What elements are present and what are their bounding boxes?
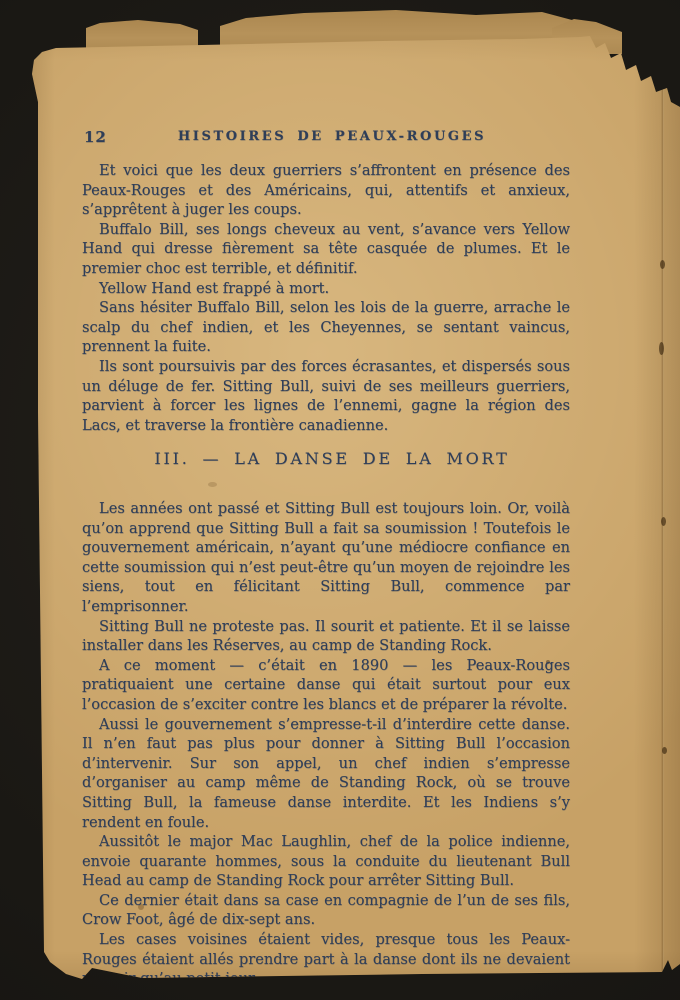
spine-crease: [661, 82, 664, 982]
paragraph: Sans hésiter Buffalo Bill, selon les loi…: [82, 298, 570, 357]
paragraph: Ce dernier était dans sa case en compagn…: [82, 891, 570, 930]
paragraph: Yellow Hand est frappé à mort.: [82, 279, 570, 299]
paragraph: A ce moment — c’était en 1890 — les Peau…: [82, 656, 570, 715]
paragraph: Aussi le gouvernement s’empresse-t-il d’…: [82, 715, 570, 833]
paragraph: Les années ont passé et Sitting Bull est…: [82, 499, 570, 617]
paragraph: Ils sont poursuivis par des forces écras…: [82, 357, 570, 435]
text-block-after-heading: Les années ont passé et Sitting Bull est…: [82, 499, 570, 989]
page-header: 12 HISTOIRES DE PEAUX-ROUGES: [82, 128, 582, 148]
stitch-hole: [661, 517, 666, 526]
paragraph: Buffalo Bill, ses longs cheveux au vent,…: [82, 220, 570, 279]
stitch-hole: [660, 260, 665, 269]
text-block-before-heading: Et voici que les deux guerriers s’affron…: [82, 161, 570, 435]
stitch-hole: [662, 747, 667, 754]
section-heading: III. — LA DANSE DE LA MORT: [62, 449, 602, 468]
paragraph: Et voici que les deux guerriers s’affron…: [82, 161, 570, 220]
paragraph: Sitting Bull ne proteste pas. Il sourit …: [82, 617, 570, 656]
paper-blemish: [208, 482, 217, 487]
stitch-hole: [659, 342, 664, 355]
photo-background: 12 HISTOIRES DE PEAUX-ROUGES Et voici qu…: [0, 0, 680, 1000]
running-title: HISTOIRES DE PEAUX-ROUGES: [82, 129, 582, 144]
book-page: 12 HISTOIRES DE PEAUX-ROUGES Et voici qu…: [22, 12, 680, 990]
paragraph: Les cases voisines étaient vides, presqu…: [82, 930, 570, 989]
paragraph: Aussitôt le major Mac Laughlin, chef de …: [82, 832, 570, 891]
